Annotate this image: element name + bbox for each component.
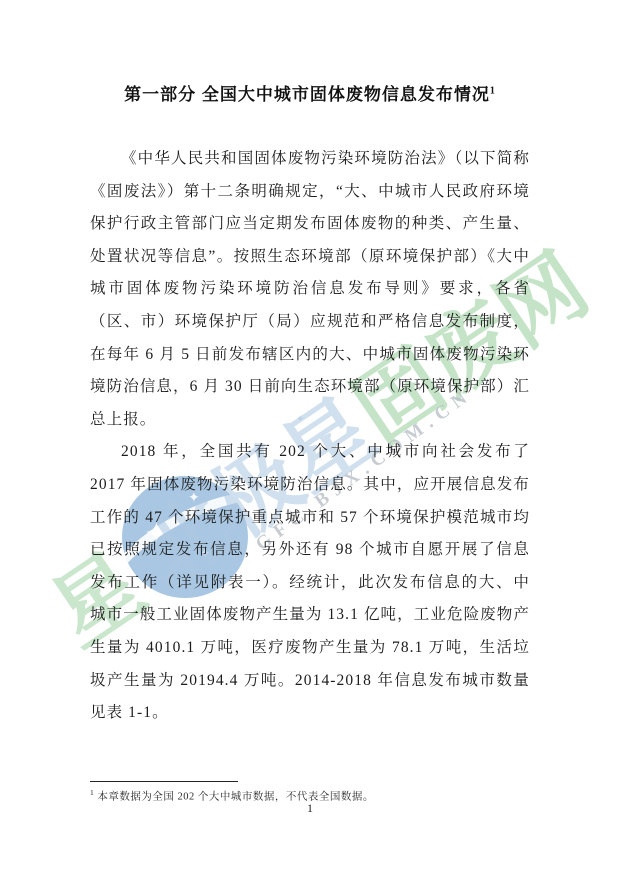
document-page: ✦ ✦ ✦ ✦ ✦ 北极星固废网 GFC.BJX.COM.CN 星 第一部分 全… bbox=[0, 0, 620, 876]
footnote-divider bbox=[90, 781, 238, 782]
paragraph-1: 《中华人民共和国固体废物污染环境防治法》（以下简称《固废法》）第十二条明确规定，… bbox=[90, 143, 530, 436]
page-title: 第一部分 全国大中城市固体废物信息发布情况1 bbox=[0, 0, 620, 105]
paragraph-2: 2018 年，全国共有 202 个大、中城市向社会发布了 2017 年固体废物污… bbox=[90, 436, 530, 729]
page-title-text: 第一部分 全国大中城市固体废物信息发布情况 bbox=[124, 85, 490, 104]
footnote-ref: 1 bbox=[90, 788, 94, 797]
title-footnote-ref: 1 bbox=[490, 85, 496, 96]
page-number: 1 bbox=[0, 801, 620, 816]
body-text: 《中华人民共和国固体废物污染环境防治法》（以下简称《固废法》）第十二条明确规定，… bbox=[90, 143, 530, 730]
document-content: 第一部分 全国大中城市固体废物信息发布情况1 《中华人民共和国固体废物污染环境防… bbox=[0, 0, 620, 730]
